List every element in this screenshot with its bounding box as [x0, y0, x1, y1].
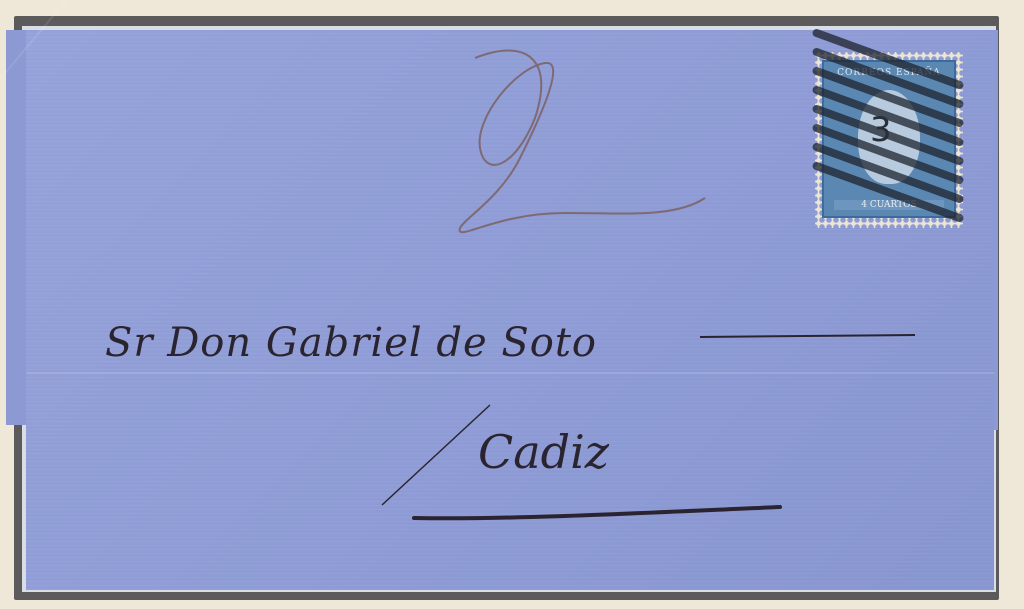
surname-flourish: [700, 332, 920, 342]
address-line-2: Cadiz: [478, 425, 609, 479]
rate-mark-2: [455, 48, 715, 248]
cancel-number: 3: [870, 110, 892, 150]
address-line-1: Sr Don Gabriel de Soto: [105, 320, 597, 366]
city-underline: [412, 500, 784, 524]
fold-line: [26, 372, 994, 374]
